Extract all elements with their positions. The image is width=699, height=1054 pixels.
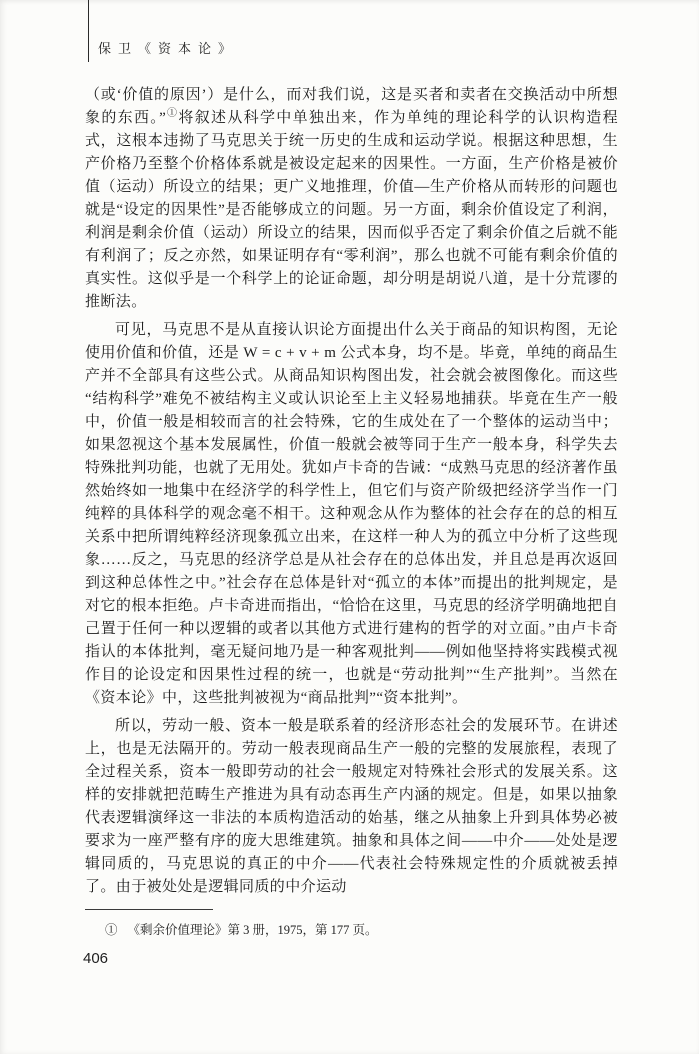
running-head-rule (88, 0, 89, 62)
footnote-divider (85, 909, 213, 910)
book-page: 保卫《资本论》 （或‘价值的原因’）是什么，而对我们说，这是买者和卖者在交换活动… (0, 0, 699, 1054)
body-text-block: （或‘价值的原因’）是什么，而对我们说，这是买者和卖者在交换活动中所想象的东西。… (85, 84, 618, 904)
footnote: ①《剩余价值理论》第 3 册，1975，第 177 页。 (85, 921, 625, 939)
running-head-title: 保卫《资本论》 (98, 38, 238, 57)
paragraph-continuation: （或‘价值的原因’）是什么，而对我们说，这是买者和卖者在交换活动中所想象的东西。… (85, 84, 618, 314)
footnote-text: 《剩余价值理论》第 3 册，1975，第 177 页。 (128, 923, 378, 937)
footnote-reference-mark: ① (166, 108, 178, 119)
paragraph: 可见，马克思不是从直接认识论方面提出什么关于商品的知识构图，无论使用价值和价值，… (85, 319, 618, 710)
paragraph-text: 将叙述从科学中单独出来，作为单纯的理论科学的认识构造程式，这根本违拗了马克思关于… (85, 110, 618, 310)
page-number: 406 (83, 950, 108, 967)
footnote-marker: ① (105, 923, 118, 937)
paragraph: 所以，劳动一般、资本一般是联系着的经济形态社会的发展环节。在讲述上，也是无法隔开… (85, 715, 618, 899)
